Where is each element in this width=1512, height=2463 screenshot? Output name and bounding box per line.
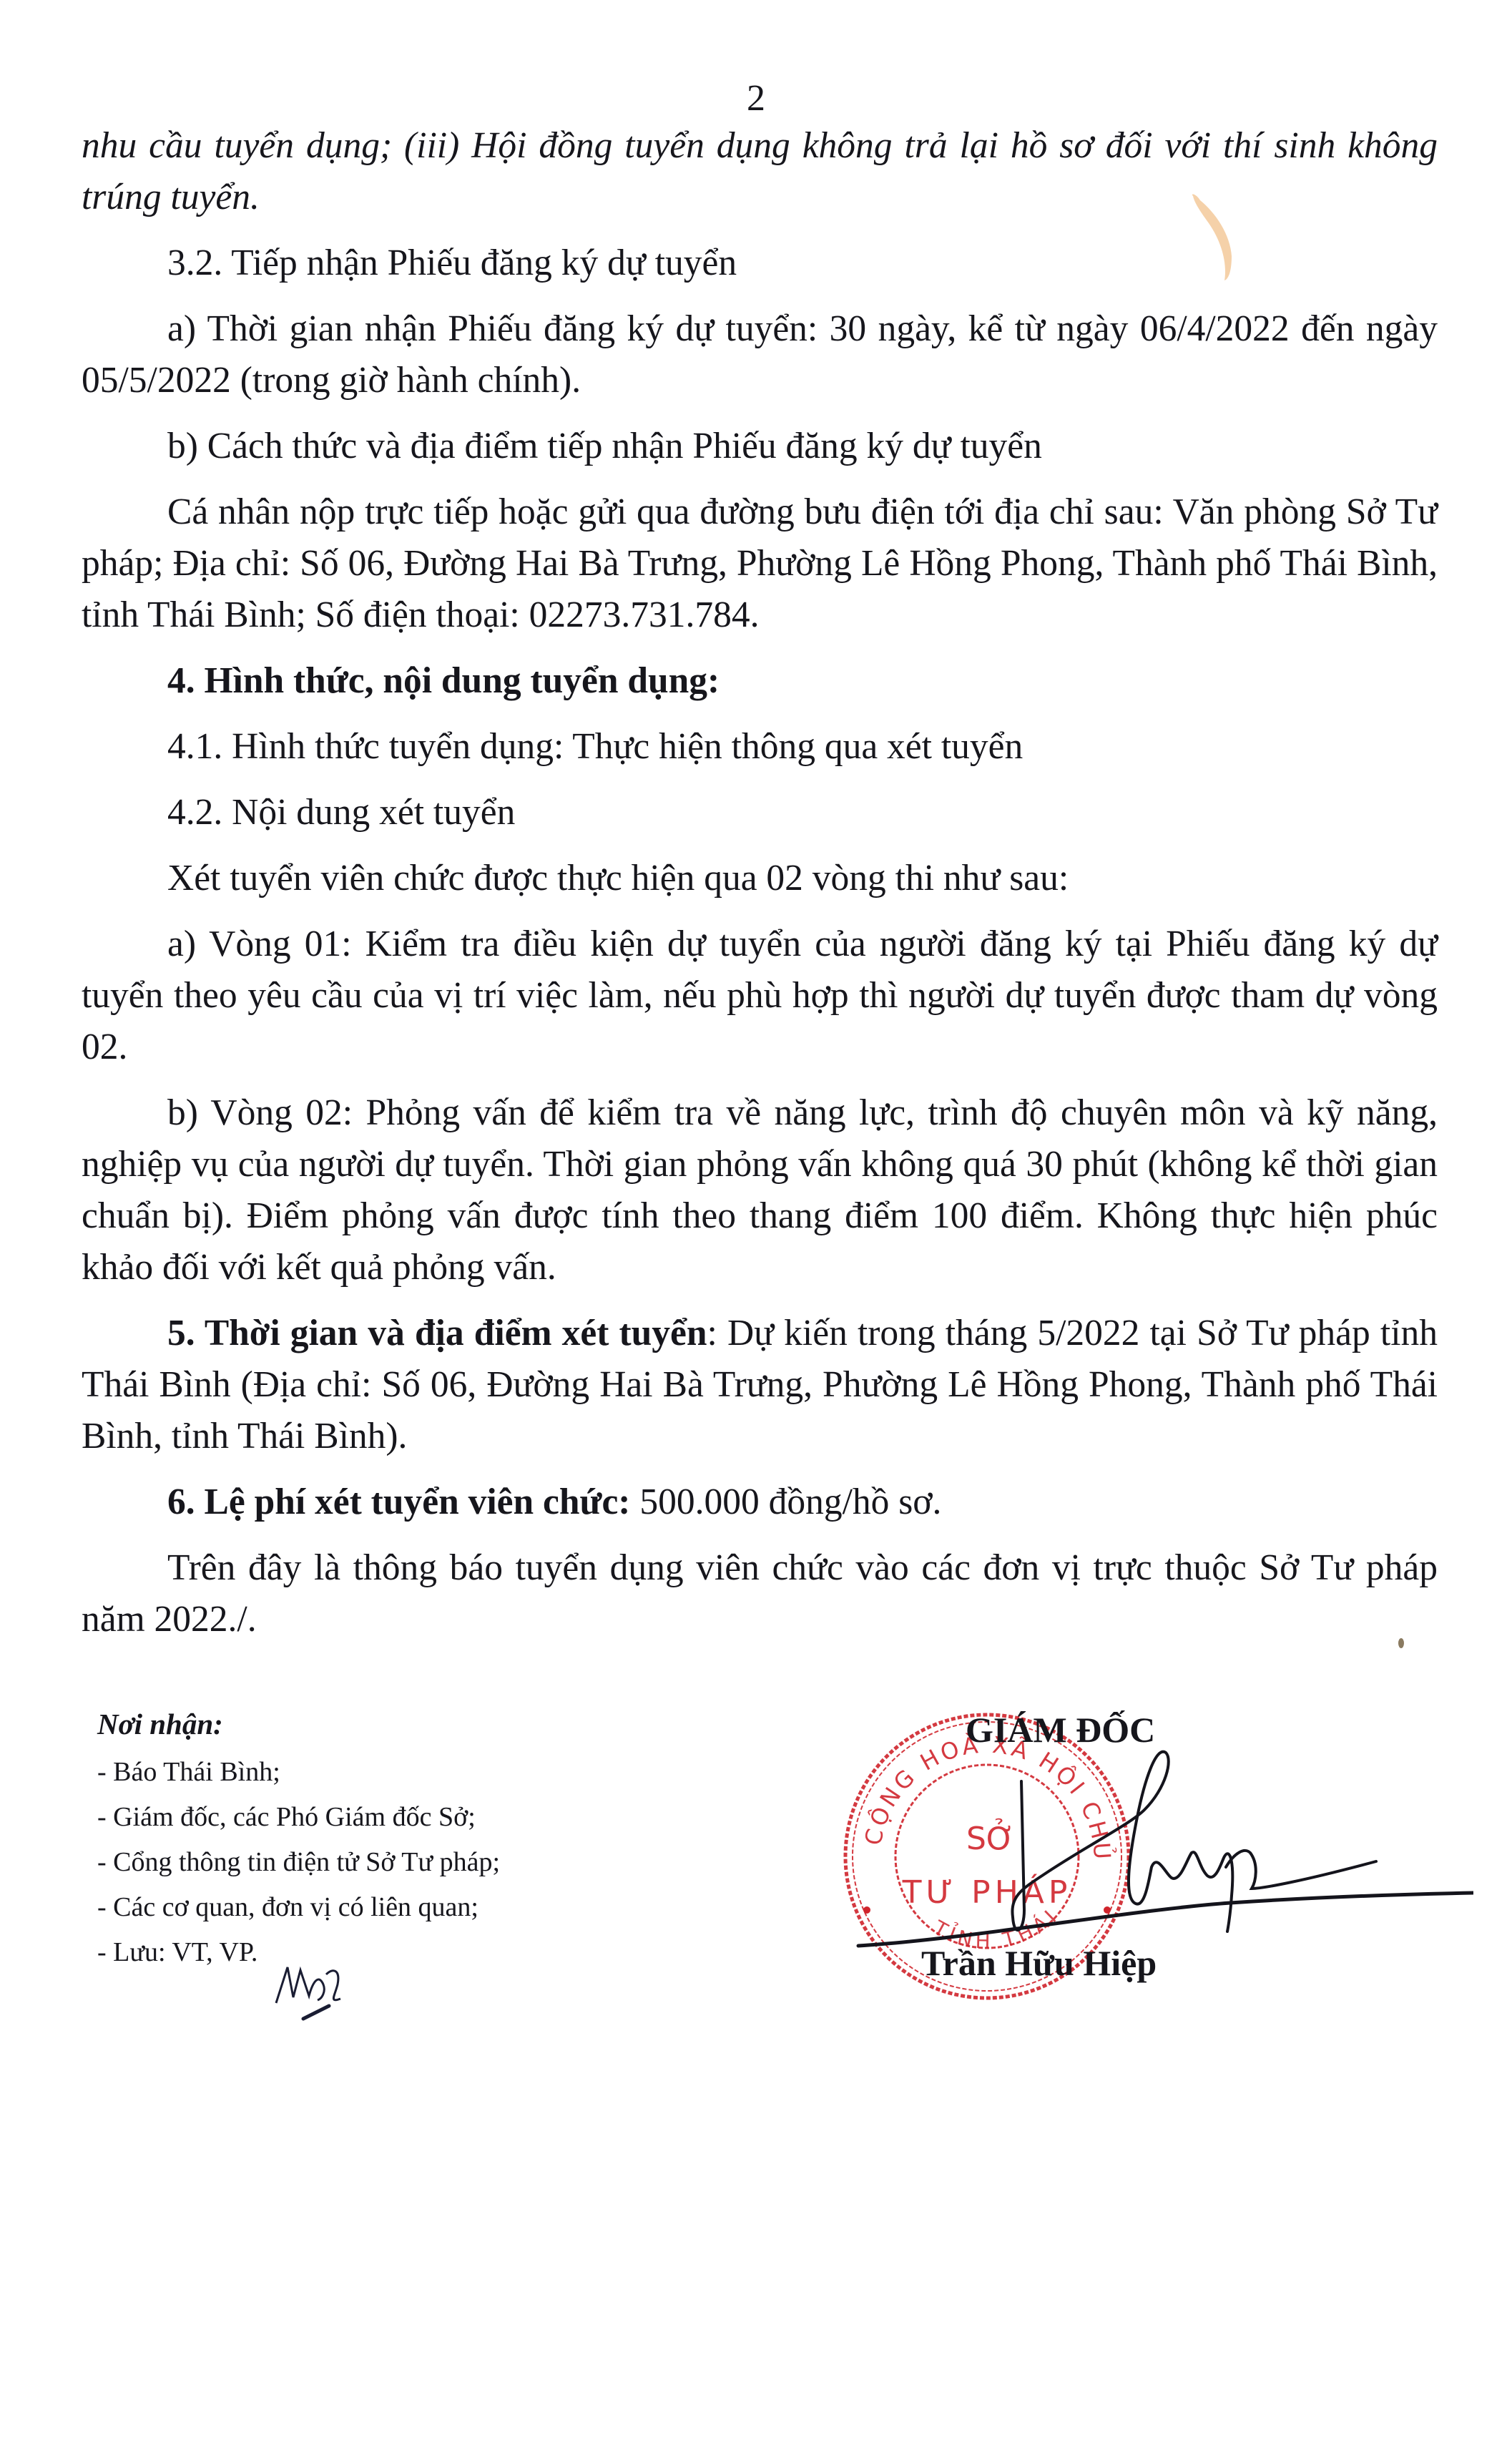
paper-stain-mark (1187, 192, 1252, 285)
recipient-item: - Các cơ quan, đơn vị có liên quan; (97, 1885, 741, 1930)
paragraph-3-2-b: b) Cách thức và địa điểm tiếp nhận Phiếu… (82, 421, 1438, 472)
document-page: 2 nhu cầu tuyển dụng; (iii) Hội đồng tuy… (0, 0, 1512, 2463)
ink-speck (1398, 1638, 1404, 1648)
recipients-block: Nơi nhận: - Báo Thái Bình; - Giám đốc, c… (97, 1703, 741, 1975)
recipient-item: - Cổng thông tin điện tử Sở Tư pháp; (97, 1840, 741, 1885)
paragraph-4-2: 4.2. Nội dung xét tuyển (82, 787, 1438, 838)
recipient-item: - Giám đốc, các Phó Giám đốc Sở; (97, 1795, 741, 1840)
paragraph-round-2: b) Vòng 02: Phỏng vấn để kiểm tra về năn… (82, 1087, 1438, 1293)
paragraph-3-2-a: a) Thời gian nhận Phiếu đăng ký dự tuyển… (82, 303, 1438, 406)
recipient-item: - Báo Thái Bình; (97, 1750, 741, 1795)
section-5: 5. Thời gian và địa điểm xét tuyển: Dự k… (82, 1308, 1438, 1462)
recipients-title: Nơi nhận: (97, 1703, 741, 1745)
section-4-heading: 4. Hình thức, nội dung tuyển dụng: (82, 655, 1438, 707)
paragraph-4-1: 4.1. Hình thức tuyển dụng: Thực hiện thô… (82, 721, 1438, 773)
paragraph-round-1: a) Vòng 01: Kiểm tra điều kiện dự tuyển … (82, 919, 1438, 1073)
section-6-text: 500.000 đồng/hồ sơ. (630, 1482, 941, 1522)
handwritten-initials (272, 1953, 350, 2024)
signer-name: Trần Hữu Hiệp (921, 1941, 1157, 1984)
page-number: 2 (0, 77, 1512, 120)
signature-block: CỘNG HOÀ XÃ HỘI CHỦ NGHĨA VIỆT NAM TỈNH … (830, 1695, 1473, 1996)
section-6-heading: 6. Lệ phí xét tuyển viên chức: (167, 1482, 630, 1522)
document-body: nhu cầu tuyển dụng; (iii) Hội đồng tuyển… (82, 120, 1438, 1645)
paragraph-rounds-intro: Xét tuyển viên chức được thực hiện qua 0… (82, 853, 1438, 904)
paragraph-closing: Trên đây là thông báo tuyển dụng viên ch… (82, 1542, 1438, 1645)
paragraph-address: Cá nhân nộp trực tiếp hoặc gửi qua đường… (82, 486, 1438, 641)
recipient-item: - Lưu: VT, VP. (97, 1930, 741, 1975)
section-6: 6. Lệ phí xét tuyển viên chức: 500.000 đ… (82, 1477, 1438, 1528)
section-5-heading: 5. Thời gian và địa điểm xét tuyển (167, 1313, 707, 1353)
